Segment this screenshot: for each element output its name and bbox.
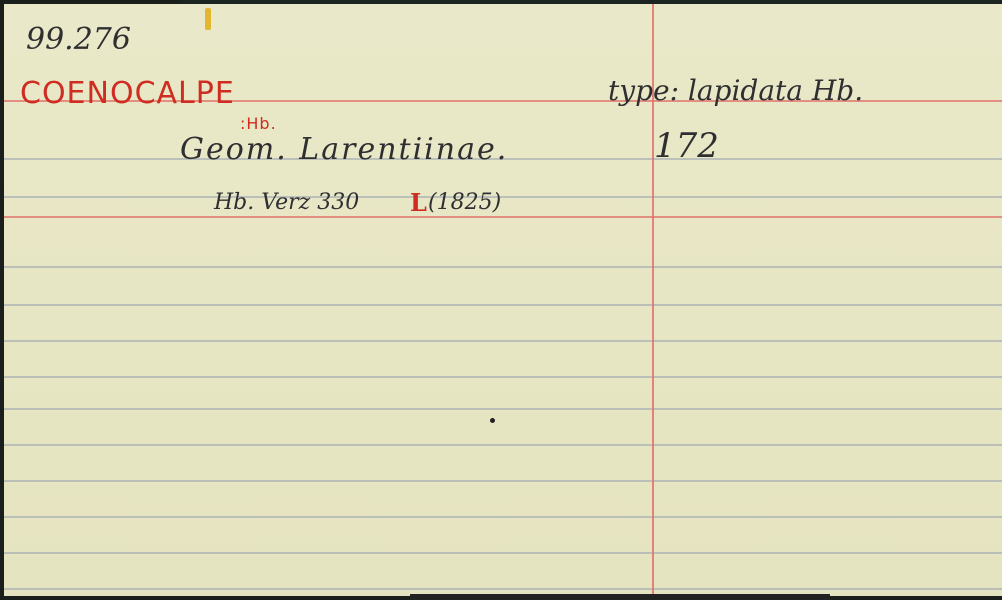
genus-name: COENOCALPE (20, 76, 235, 111)
family-name: Geom. Larentiinae. (180, 132, 508, 167)
catalog-number: 99.276 (26, 22, 131, 57)
ruled-line (4, 588, 1002, 590)
ruled-line (4, 516, 1002, 518)
yellow-tab-mark (205, 8, 211, 30)
reference-year: (1825) (428, 190, 501, 215)
scan-edge-shadow (410, 594, 830, 600)
ruled-line (4, 266, 1002, 268)
ink-speck (490, 418, 495, 423)
ruled-line (4, 552, 1002, 554)
reference-red-mark: L (410, 188, 427, 217)
ruled-line (4, 376, 1002, 378)
family-number: 172 (654, 126, 719, 166)
reference: Hb. Verz 330 (214, 190, 359, 215)
red-line (4, 216, 1002, 218)
ruled-line (4, 196, 1002, 198)
type-species: type: lapidata Hb. (608, 74, 863, 107)
ruled-line (4, 444, 1002, 446)
index-card: 99.276 COENOCALPE :Hb. Geom. Larentiinae… (4, 4, 1002, 596)
ruled-line (4, 304, 1002, 306)
ruled-line (4, 340, 1002, 342)
ruled-line (4, 480, 1002, 482)
ruled-line (4, 408, 1002, 410)
author-annotation: :Hb. (240, 114, 277, 133)
